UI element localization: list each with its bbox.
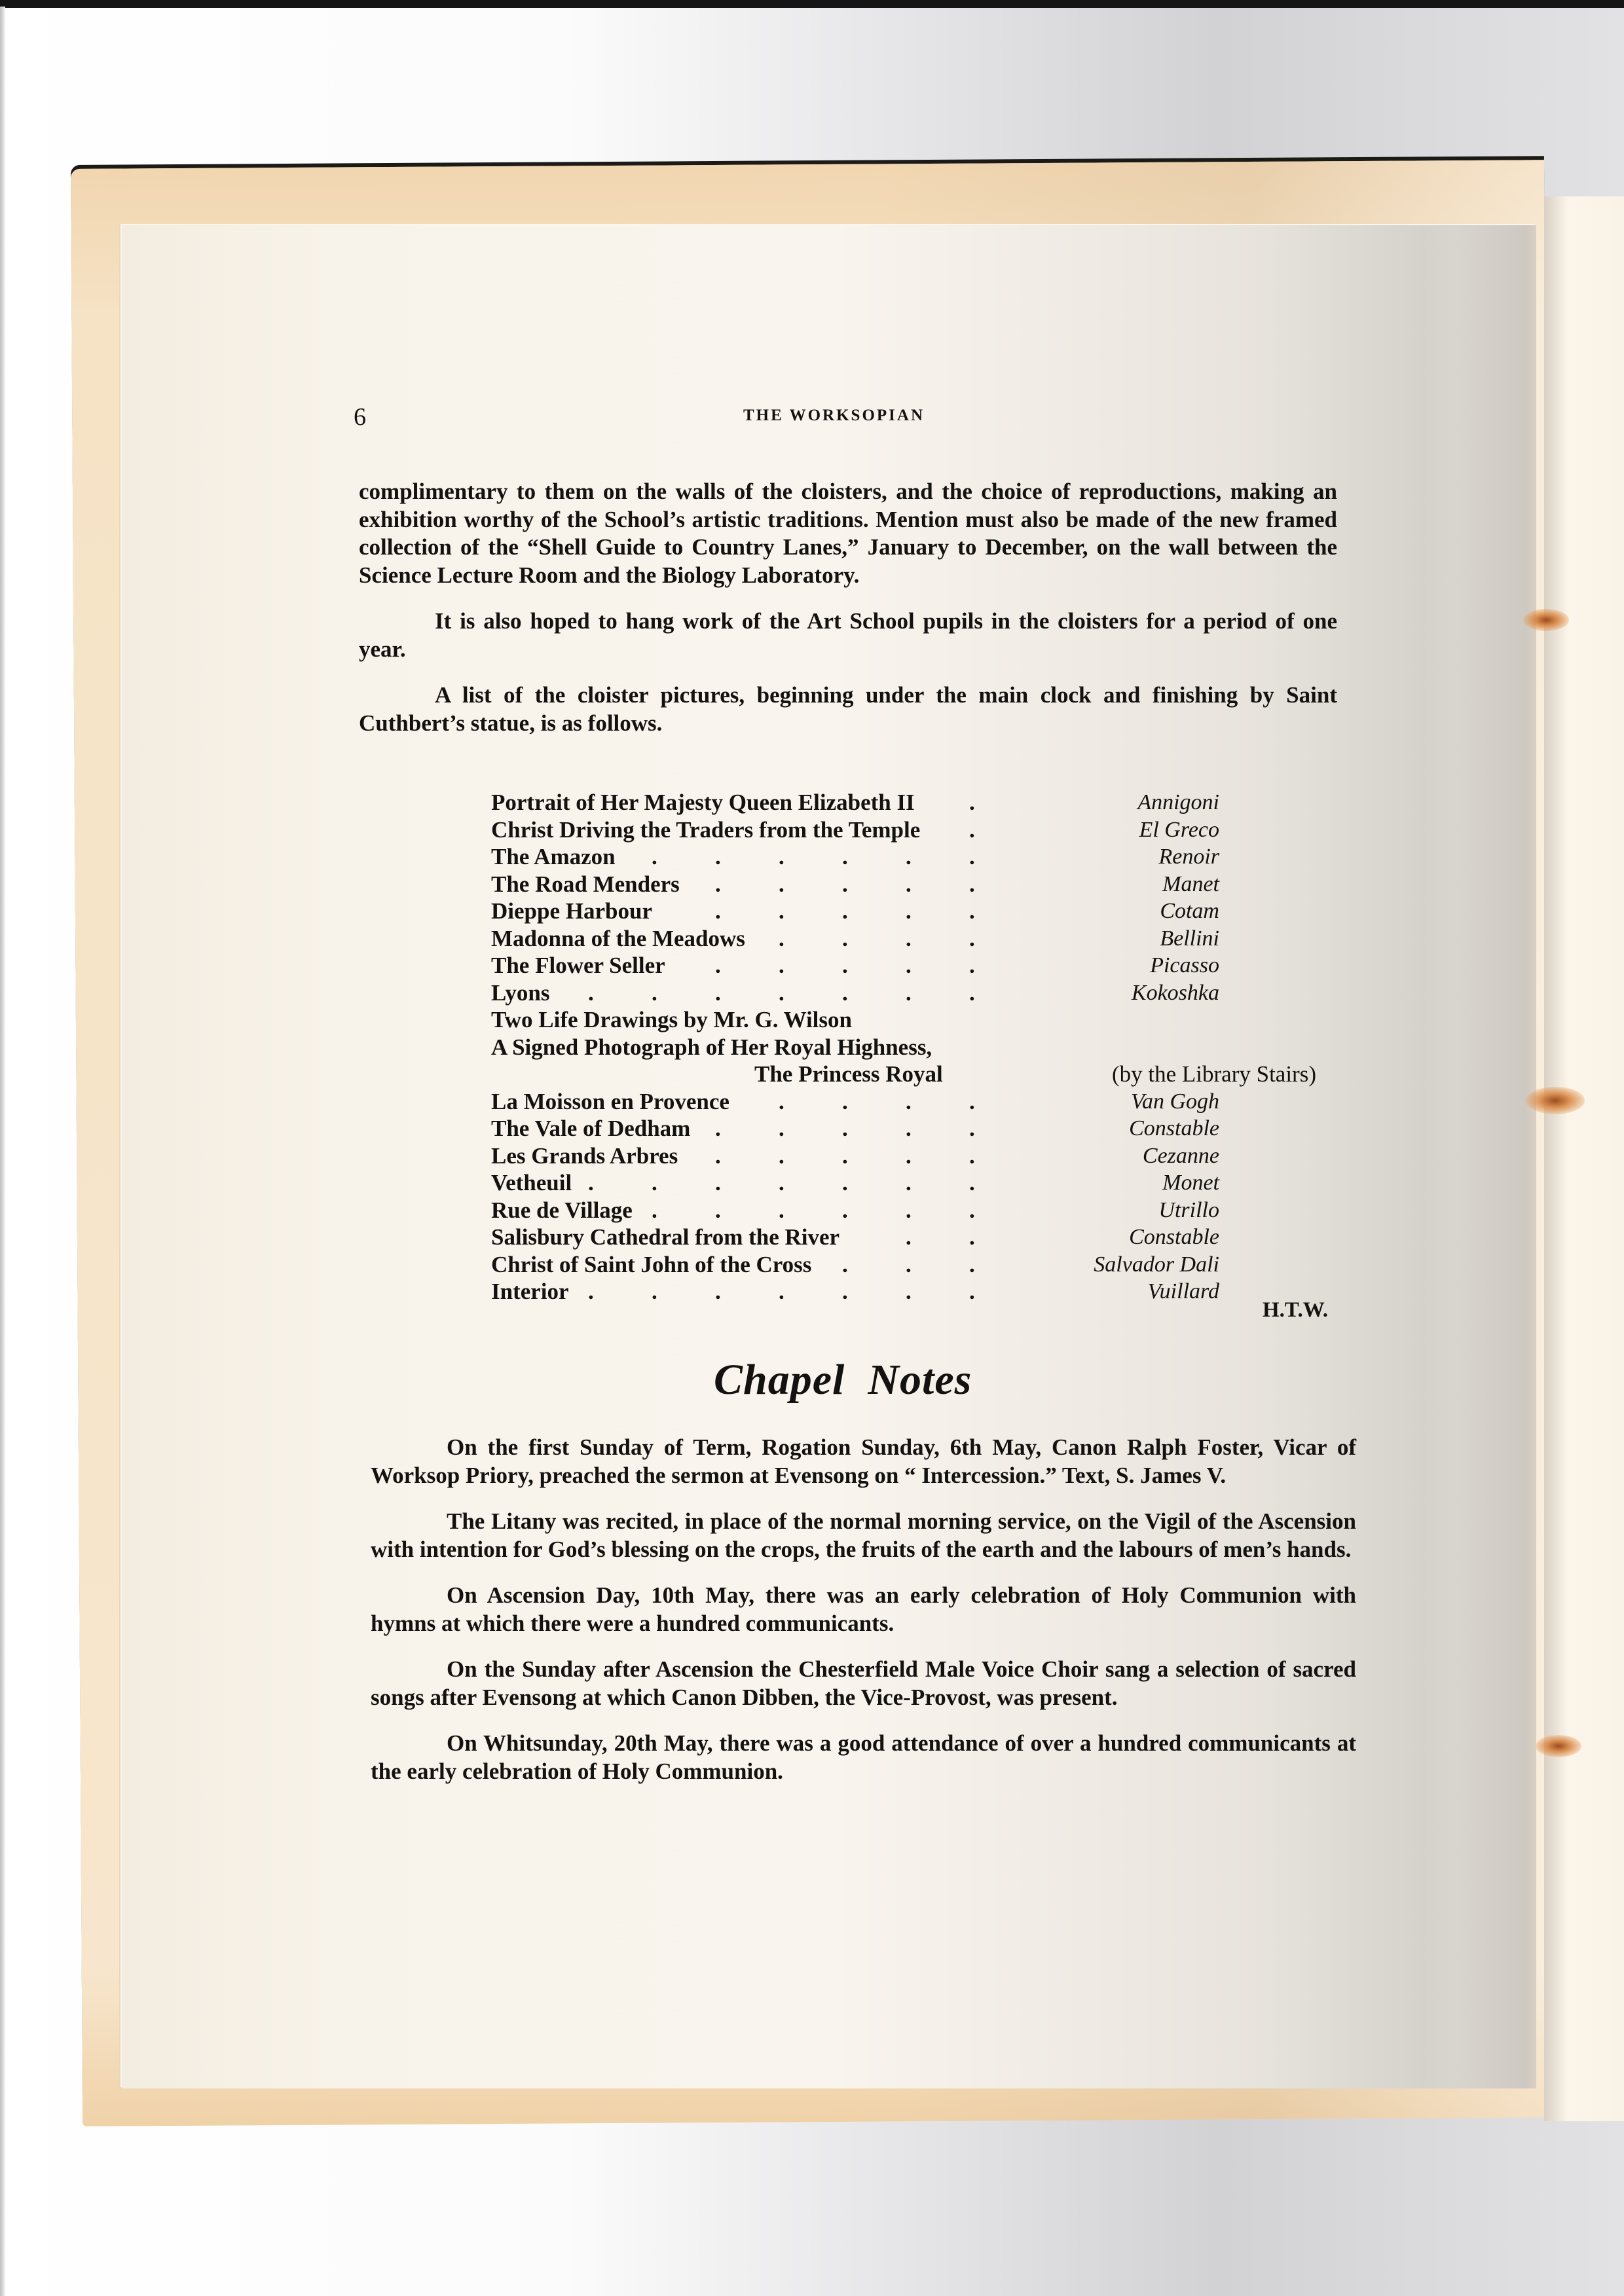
picture-artist: Cezanne (1143, 1142, 1219, 1170)
picture-list-item: Les Grands Arbres.....Cezanne (491, 1142, 1342, 1170)
picture-artist: El Greco (1139, 816, 1219, 844)
paragraph: On the Sunday after Ascension the Cheste… (371, 1656, 1356, 1711)
page-content: 6 THE WORKSOPIAN complimentary to them o… (0, 0, 1624, 2296)
paragraph: It is also hoped to hang work of the Art… (359, 608, 1337, 663)
picture-list-item: Two Life Drawings by Mr. G. Wilson (491, 1006, 1342, 1034)
picture-artist: Salvador Dali (1094, 1251, 1219, 1279)
picture-artist: Bellini (1160, 925, 1219, 953)
dot-leader: ..... (491, 871, 1061, 898)
section-title: Chapel Notes (714, 1355, 972, 1405)
picture-list-item: The Amazon......Renoir (491, 843, 1342, 871)
picture-list-item: La Moisson en Provence....Van Gogh (491, 1088, 1342, 1116)
picture-artist: Constable (1129, 1115, 1219, 1142)
picture-artist: Picasso (1150, 952, 1219, 979)
picture-artist: Utrillo (1158, 1197, 1219, 1224)
chapel-notes: On the first Sunday of Term, Rogation Su… (371, 1434, 1356, 1804)
picture-list-item: Christ Driving the Traders from the Temp… (491, 816, 1342, 844)
picture-list-item: Dieppe Harbour.....Cotam (491, 898, 1342, 925)
picture-artist: Cotam (1160, 898, 1219, 925)
picture-list-item: Christ of Saint John of the Cross...Salv… (491, 1251, 1342, 1279)
picture-list-item: Vetheuil.......Monet (491, 1169, 1342, 1197)
dot-leader: . (491, 816, 1061, 843)
publication-title: THE WORKSOPIAN (743, 407, 925, 425)
picture-artist: Renoir (1158, 843, 1219, 871)
dot-leader: ..... (491, 898, 1061, 924)
dot-leader: .. (491, 1224, 1061, 1250)
dot-leader: ..... (491, 1115, 1061, 1142)
paragraph: On Whitsunday, 20th May, there was a goo… (371, 1730, 1356, 1785)
dot-leader: ..... (491, 1142, 1061, 1169)
picture-list-item: Madonna of the Meadows....Bellini (491, 925, 1342, 953)
picture-artist: Vuillard (1147, 1278, 1219, 1305)
paragraph: On Ascension Day, 10th May, there was an… (371, 1582, 1356, 1637)
cloister-intro: complimentary to them on the walls of th… (359, 478, 1337, 756)
picture-list-item: Lyons.......Kokoshka (491, 979, 1342, 1007)
dot-leader: ....... (491, 979, 1061, 1006)
picture-artist: Monet (1162, 1169, 1219, 1197)
picture-title: Two Life Drawings by Mr. G. Wilson (491, 1006, 852, 1034)
dot-leader: ....... (491, 1169, 1061, 1196)
dot-leader: .... (491, 925, 1061, 952)
paragraph: On the first Sunday of Term, Rogation Su… (371, 1434, 1356, 1489)
picture-artist: Annigoni (1137, 789, 1219, 816)
paragraph: complimentary to them on the walls of th… (359, 478, 1337, 589)
picture-artist: Constable (1129, 1224, 1219, 1251)
picture-artist: Kokoshka (1132, 979, 1219, 1007)
location-note: (by the Library Stairs) (1112, 1061, 1316, 1088)
author-initials: H.T.W. (1263, 1298, 1328, 1322)
dot-leader: ....... (491, 1278, 1061, 1305)
picture-artist: Manet (1162, 871, 1219, 898)
picture-artist: Van Gogh (1131, 1088, 1219, 1116)
paragraph: A list of the cloister pictures, beginni… (359, 682, 1337, 737)
picture-list-item: Rue de Village......Utrillo (491, 1197, 1342, 1224)
dot-leader: ... (491, 1251, 1061, 1278)
dot-leader: ...... (491, 843, 1061, 870)
picture-list-item: The Road Menders.....Manet (491, 871, 1342, 898)
picture-list-item: The Vale of Dedham.....Constable (491, 1115, 1342, 1142)
page-number: 6 (354, 403, 366, 431)
paragraph: The Litany was recited, in place of the … (371, 1508, 1356, 1563)
picture-title: A Signed Photograph of Her Royal Highnes… (491, 1034, 932, 1061)
picture-list-item: Portrait of Her Majesty Queen Elizabeth … (491, 789, 1342, 816)
dot-leader: .... (491, 1088, 1061, 1115)
cloister-picture-list: Portrait of Her Majesty Queen Elizabeth … (491, 789, 1342, 1305)
picture-list-item: Salisbury Cathedral from the River..Cons… (491, 1224, 1342, 1251)
dot-leader: ...... (491, 1197, 1061, 1224)
picture-list-item: Interior.......Vuillard (491, 1278, 1342, 1305)
picture-title: The Princess Royal (754, 1061, 943, 1088)
picture-list-item: The Princess Royal(by the Library Stairs… (491, 1061, 1342, 1088)
dot-leader: ..... (491, 952, 1061, 979)
picture-list-item: A Signed Photograph of Her Royal Highnes… (491, 1034, 1342, 1061)
dot-leader: . (491, 789, 1061, 816)
picture-list-item: The Flower Seller.....Picasso (491, 952, 1342, 979)
running-head: 6 THE WORKSOPIAN (354, 403, 1336, 429)
